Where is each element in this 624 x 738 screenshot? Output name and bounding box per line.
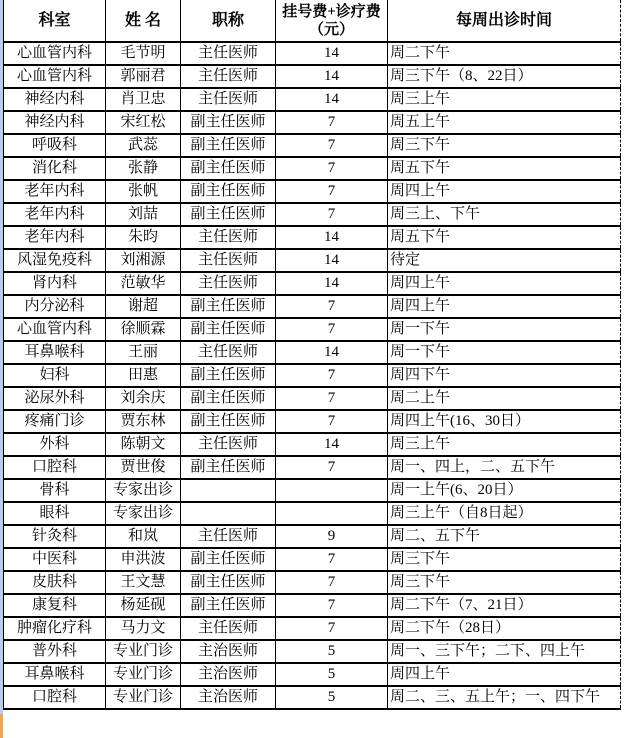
cell-name: 刘喆	[106, 203, 181, 226]
cell-title: 主治医师	[181, 686, 276, 709]
cell-name: 刘余庆	[106, 387, 181, 410]
cell-fee: 14	[276, 341, 388, 364]
cell-department: 消化科	[4, 157, 106, 180]
cell-fee: 7	[276, 180, 388, 203]
cell-department: 心血管内科	[4, 318, 106, 341]
header-cell-department: 科室	[4, 0, 106, 42]
cell-department: 外科	[4, 433, 106, 456]
cell-department: 妇科	[4, 364, 106, 387]
spreadsheet-clip: 科室 姓 名 职称 挂号费+诊疗费 （元） 每周出诊时间 心血管内科 毛节明 主…	[0, 0, 624, 738]
table-row: 口腔科 专业门诊 主治医师 5 周二、三、五上午；一、四下午	[4, 686, 621, 709]
cell-title: 副主任医师	[181, 410, 276, 433]
cell-name: 专家出诊	[106, 479, 181, 502]
cell-department: 内分泌科	[4, 295, 106, 318]
cell-department: 心血管内科	[4, 42, 106, 65]
cell-fee: 7	[276, 410, 388, 433]
cell-time: 周二下午（28日）	[388, 617, 621, 640]
cell-time: 周三上、下午	[388, 203, 621, 226]
cell-name: 杨延砚	[106, 594, 181, 617]
cell-time: 周三下午	[388, 548, 621, 571]
cell-title: 副主任医师	[181, 203, 276, 226]
table-row: 中医科 申洪波 副主任医师 7 周三下午	[4, 548, 621, 571]
table-row: 心血管内科 毛节明 主任医师 14 周二下午	[4, 42, 621, 65]
cell-fee: 7	[276, 571, 388, 594]
cell-time: 周四上午	[388, 295, 621, 318]
table-row: 老年内科 张帆 副主任医师 7 周四上午	[4, 180, 621, 203]
cell-fee: 14	[276, 433, 388, 456]
cell-name: 专业门诊	[106, 686, 181, 709]
cell-name: 张静	[106, 157, 181, 180]
table-row: 耳鼻喉科 王丽 主任医师 14 周一下午	[4, 341, 621, 364]
cell-fee	[276, 479, 388, 502]
cell-fee: 14	[276, 42, 388, 65]
cell-time: 周三上午	[388, 433, 621, 456]
table-row: 呼吸科 武蕊 副主任医师 7 周三下午	[4, 134, 621, 157]
cell-title: 副主任医师	[181, 387, 276, 410]
cell-name: 郭丽君	[106, 65, 181, 88]
cell-time: 周二下午	[388, 42, 621, 65]
table-row: 老年内科 刘喆 副主任医师 7 周三上、下午	[4, 203, 621, 226]
cell-department: 口腔科	[4, 456, 106, 479]
cell-time: 周三下午	[388, 134, 621, 157]
table-row: 泌尿外科 刘余庆 副主任医师 7 周二上午	[4, 387, 621, 410]
cell-department: 普外科	[4, 640, 106, 663]
cell-fee: 7	[276, 617, 388, 640]
cell-department: 疼痛门诊	[4, 410, 106, 433]
cell-time: 周三下午（8、22日）	[388, 65, 621, 88]
table-row: 消化科 张静 副主任医师 7 周五下午	[4, 157, 621, 180]
cell-time: 周一、四上，二、五下午	[388, 456, 621, 479]
cell-name: 陈朝文	[106, 433, 181, 456]
cell-time: 周一下午	[388, 341, 621, 364]
cell-department: 耳鼻喉科	[4, 341, 106, 364]
cell-fee: 7	[276, 364, 388, 387]
cell-time: 周二下午（7、21日）	[388, 594, 621, 617]
cell-title: 主治医师	[181, 663, 276, 686]
cell-department: 眼科	[4, 502, 106, 525]
cell-time: 周四上午	[388, 272, 621, 295]
cell-title: 主任医师	[181, 272, 276, 295]
table-row: 肿瘤化疗科 马力文 主任医师 7 周二下午（28日）	[4, 617, 621, 640]
cell-name: 谢超	[106, 295, 181, 318]
table-row: 肾内科 范敏华 主任医师 14 周四上午	[4, 272, 621, 295]
cell-fee: 14	[276, 226, 388, 249]
cell-title: 副主任医师	[181, 456, 276, 479]
cell-fee: 14	[276, 272, 388, 295]
cell-fee: 7	[276, 295, 388, 318]
cell-time: 周四上午	[388, 663, 621, 686]
cell-title: 副主任医师	[181, 548, 276, 571]
cell-department: 风湿免疫科	[4, 249, 106, 272]
cell-title: 主任医师	[181, 341, 276, 364]
cell-title: 副主任医师	[181, 594, 276, 617]
cell-fee: 5	[276, 686, 388, 709]
cell-title	[181, 502, 276, 525]
table-row: 口腔科 贾世俊 副主任医师 7 周一、四上，二、五下午	[4, 456, 621, 479]
cell-department: 老年内科	[4, 203, 106, 226]
cell-time: 周四上午	[388, 180, 621, 203]
cell-department: 中医科	[4, 548, 106, 571]
header-row: 科室 姓 名 职称 挂号费+诊疗费 （元） 每周出诊时间	[4, 0, 621, 42]
cell-fee: 7	[276, 548, 388, 571]
cell-name: 张帆	[106, 180, 181, 203]
cell-name: 专家出诊	[106, 502, 181, 525]
table-row: 老年内科 朱昀 主任医师 14 周五下午	[4, 226, 621, 249]
header-cell-title: 职称	[181, 0, 276, 42]
header-cell-name: 姓 名	[106, 0, 181, 42]
cell-title: 主任医师	[181, 525, 276, 548]
cell-department: 神经内科	[4, 88, 106, 111]
cell-name: 朱昀	[106, 226, 181, 249]
cell-department: 耳鼻喉科	[4, 663, 106, 686]
table-row: 普外科 专业门诊 主治医师 5 周一、三下午；二下、四上午	[4, 640, 621, 663]
table-row: 外科 陈朝文 主任医师 14 周三上午	[4, 433, 621, 456]
cell-time: 周二上午	[388, 387, 621, 410]
cell-title: 主治医师	[181, 640, 276, 663]
cell-name: 武蕊	[106, 134, 181, 157]
cell-name: 马力文	[106, 617, 181, 640]
cell-department: 泌尿外科	[4, 387, 106, 410]
cell-name: 申洪波	[106, 548, 181, 571]
cell-fee: 14	[276, 65, 388, 88]
cell-name: 专业门诊	[106, 663, 181, 686]
table-row: 康复科 杨延砚 副主任医师 7 周二下午（7、21日）	[4, 594, 621, 617]
table-row: 心血管内科 郭丽君 主任医师 14 周三下午（8、22日）	[4, 65, 621, 88]
cell-time: 周三上午	[388, 88, 621, 111]
table-row: 骨科 专家出诊 周一上午(6、20日）	[4, 479, 621, 502]
cell-time: 周三上午（自8日起）	[388, 502, 621, 525]
cell-title: 主任医师	[181, 42, 276, 65]
cell-time: 周五下午	[388, 157, 621, 180]
cell-fee: 7	[276, 157, 388, 180]
cell-time: 周四上午(16、30日）	[388, 410, 621, 433]
table-row: 风湿免疫科 刘湘源 主任医师 14 待定	[4, 249, 621, 272]
cell-time: 周一下午	[388, 318, 621, 341]
cell-department: 皮肤科	[4, 571, 106, 594]
cell-title	[181, 479, 276, 502]
cell-time: 周一、三下午；二下、四上午	[388, 640, 621, 663]
cell-department: 心血管内科	[4, 65, 106, 88]
cell-time: 待定	[388, 249, 621, 272]
table-row: 皮肤科 王文慧 副主任医师 7 周三下午	[4, 571, 621, 594]
cell-title: 主任医师	[181, 226, 276, 249]
cell-title: 副主任医师	[181, 180, 276, 203]
cell-title: 副主任医师	[181, 134, 276, 157]
cell-name: 贾东林	[106, 410, 181, 433]
cell-title: 副主任医师	[181, 571, 276, 594]
cell-fee: 9	[276, 525, 388, 548]
cell-name: 宋红松	[106, 111, 181, 134]
header-cell-time: 每周出诊时间	[388, 0, 621, 42]
cell-fee: 7	[276, 387, 388, 410]
table-row: 神经内科 肖卫忠 主任医师 14 周三上午	[4, 88, 621, 111]
cell-time: 周五上午	[388, 111, 621, 134]
cell-title: 主任医师	[181, 88, 276, 111]
table-row: 神经内科 宋红松 副主任医师 7 周五上午	[4, 111, 621, 134]
cell-fee: 7	[276, 456, 388, 479]
cell-department: 肾内科	[4, 272, 106, 295]
cell-fee: 14	[276, 88, 388, 111]
cell-time: 周五下午	[388, 226, 621, 249]
cell-fee: 7	[276, 318, 388, 341]
cell-title: 副主任医师	[181, 364, 276, 387]
cell-department: 老年内科	[4, 180, 106, 203]
cell-title: 副主任医师	[181, 111, 276, 134]
table-row: 内分泌科 谢超 副主任医师 7 周四上午	[4, 295, 621, 318]
cell-department: 呼吸科	[4, 134, 106, 157]
cell-name: 徐顺霖	[106, 318, 181, 341]
cell-title: 主任医师	[181, 617, 276, 640]
header-cell-fee: 挂号费+诊疗费 （元）	[276, 0, 388, 42]
cell-time: 周三下午	[388, 571, 621, 594]
cell-department: 肿瘤化疗科	[4, 617, 106, 640]
table-row: 心血管内科 徐顺霖 副主任医师 7 周一下午	[4, 318, 621, 341]
cell-time: 周二、五下午	[388, 525, 621, 548]
cell-fee: 7	[276, 594, 388, 617]
cell-name: 王文慧	[106, 571, 181, 594]
cell-title: 主任医师	[181, 433, 276, 456]
cell-title: 副主任医师	[181, 295, 276, 318]
table-row: 疼痛门诊 贾东林 副主任医师 7 周四上午(16、30日）	[4, 410, 621, 433]
cell-department: 康复科	[4, 594, 106, 617]
table-row: 眼科 专家出诊 周三上午（自8日起）	[4, 502, 621, 525]
cell-fee: 14	[276, 249, 388, 272]
cell-department: 神经内科	[4, 111, 106, 134]
cell-department: 针灸科	[4, 525, 106, 548]
cell-name: 王丽	[106, 341, 181, 364]
cell-time: 周一上午(6、20日）	[388, 479, 621, 502]
cell-fee: 7	[276, 203, 388, 226]
table-row: 妇科 田惠 副主任医师 7 周四下午	[4, 364, 621, 387]
cell-fee: 7	[276, 111, 388, 134]
table-row: 针灸科 和岚 主任医师 9 周二、五下午	[4, 525, 621, 548]
cell-time: 周四下午	[388, 364, 621, 387]
doctor-schedule-table: 科室 姓 名 职称 挂号费+诊疗费 （元） 每周出诊时间 心血管内科 毛节明 主…	[3, 0, 621, 710]
cell-name: 田惠	[106, 364, 181, 387]
cell-name: 肖卫忠	[106, 88, 181, 111]
cell-name: 和岚	[106, 525, 181, 548]
cell-fee: 7	[276, 134, 388, 157]
cell-name: 刘湘源	[106, 249, 181, 272]
cell-title: 主任医师	[181, 65, 276, 88]
cell-title: 副主任医师	[181, 318, 276, 341]
cell-time: 周二、三、五上午；一、四下午	[388, 686, 621, 709]
cell-name: 范敏华	[106, 272, 181, 295]
cell-fee	[276, 502, 388, 525]
cell-department: 口腔科	[4, 686, 106, 709]
cell-title: 副主任医师	[181, 157, 276, 180]
cell-name: 毛节明	[106, 42, 181, 65]
cell-title: 主任医师	[181, 249, 276, 272]
table-row: 耳鼻喉科 专业门诊 主治医师 5 周四上午	[4, 663, 621, 686]
cell-fee: 5	[276, 640, 388, 663]
cell-fee: 5	[276, 663, 388, 686]
cell-department: 老年内科	[4, 226, 106, 249]
cell-department: 骨科	[4, 479, 106, 502]
table-body: 心血管内科 毛节明 主任医师 14 周二下午 心血管内科 郭丽君 主任医师 14…	[4, 42, 621, 709]
cell-name: 贾世俊	[106, 456, 181, 479]
left-edge-orange-strip	[0, 714, 3, 738]
cell-name: 专业门诊	[106, 640, 181, 663]
